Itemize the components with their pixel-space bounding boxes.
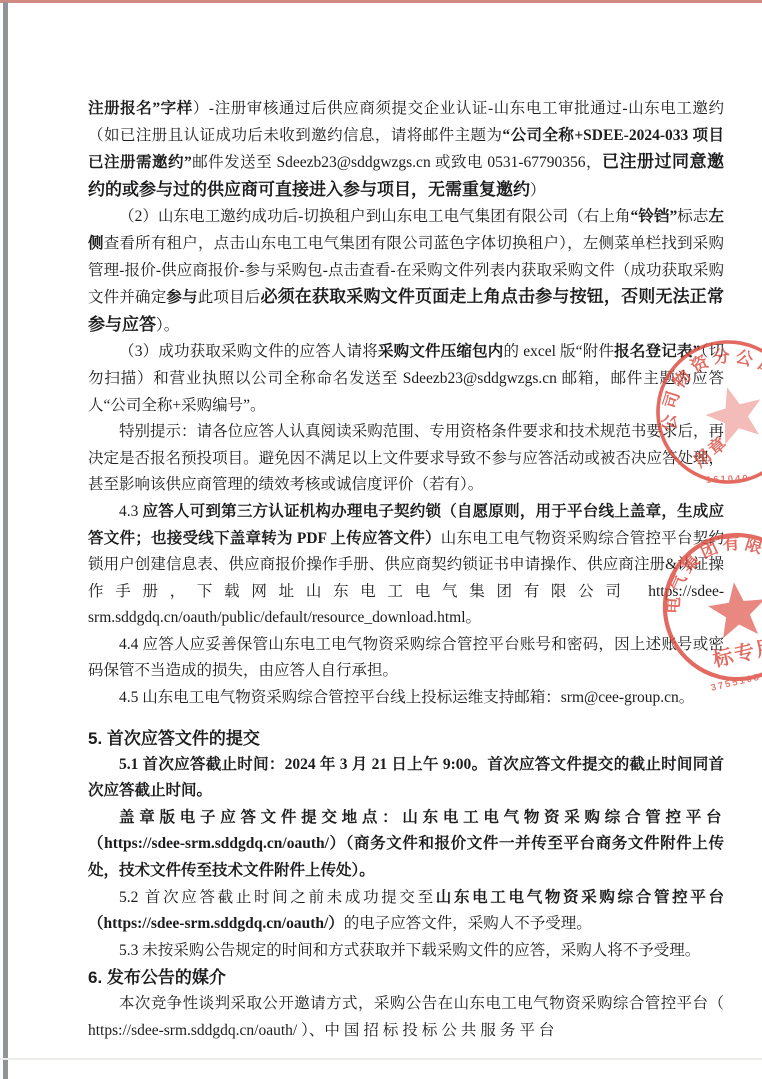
para-item-2-segment: 标志 [677,208,708,225]
seal-star-icon [706,579,762,640]
para-5-2-segment: 山东电工电气物资采购综合管控平台 [436,889,724,906]
para-5-3-segment: 5.3 未按采购公告规定的时间和方式获取并下载采购文件的应答，采购人将不予受理。 [119,942,700,959]
seal-serial-number: 161040 [706,473,750,486]
para-special-note: 特别提示：请各位应答人认真阅读采购范围、专用资格条件要求和技术规范书要求后，再决… [88,419,724,499]
para-item-2-segment: 此项目后 [198,289,261,306]
para-item-2-segment: （2）山东电工邀约成功后-切换租户到山东电工电气集团有限公司（右上角 [119,208,631,225]
para-item-2: （2）山东电工邀约成功后-切换租户到山东电工电气集团有限公司（右上角“铃铛”标志… [88,204,724,339]
para-registration-note-segment: 注册报名”字样 [88,100,193,117]
para-item-2-segment: 参与 [166,289,197,306]
para-item-2-segment: “铃铛” [631,208,678,225]
heading-section-6-segment: 6. 发布公告的媒介 [88,968,226,987]
para-4-4-segment: 4.4 应答人应妥善保管山东电工电气物资采购综合管控平台账号和密码，因上述账号或… [88,636,724,680]
seal-star-icon [700,379,762,447]
para-5-1: 5.1 首次应答截止时间：2024 年 3 月 21 日上午 9:00。首次应答… [88,752,724,805]
para-item-2-segment: ）。 [156,317,179,334]
para-5-2: 5.2 首次应答截止时间之前未成功提交至山东电工电气物资采购综合管控平台（htt… [88,885,724,938]
para-registration-note-segment: 邮件发送至 Sdeezb23@sddgwzgs.cn 或致电 0531-6779… [192,154,602,171]
para-4-5-segment: 4.5 山东电工电气物资采购综合管控平台线上投标运维支持邮箱：srm@cee-g… [119,689,694,706]
bid-dedicated-seal-stamp: 电气集团有限公 标专用 3755108 [634,504,762,710]
para-seal-submit-segment: 盖章版电子应答文件提交地点：山东电工电气物资采购综合管控平台 [119,809,724,826]
page-left-edge-strip [3,2,8,1079]
heading-section-6: 6. 发布公告的媒介 [88,964,724,991]
para-registration-note-segment: ） [530,182,546,199]
para-4-5: 4.5 山东电工电气物资采购综合管控平台线上投标运维支持邮箱：srm@cee-g… [88,685,724,712]
para-seal-submit: 盖章版电子应答文件提交地点：山东电工电气物资采购综合管控平台（https://s… [88,805,724,885]
para-item-3-segment: 的 excel 版“附件 [503,343,614,360]
para-5-1-segment: 5.1 首次应答截止时间：2024 年 3 月 21 日上午 9:00。 [119,756,487,773]
page-bottom-fold-line [0,1058,762,1060]
para-5-2-segment: （https://sdee-srm.sddgdq.cn/oauth/） [88,915,344,932]
para-item-3-segment: （3）成功获取采购文件的应答人请将 [119,343,378,360]
para-5-2-segment: 的电子应答文件，采购人不予受理。 [344,915,592,932]
para-4-3-segment: 4.3 [119,503,142,520]
para-media: 本次竞争性谈判采取公开邀请方式，采购公告在山东电工电气物资采购综合管控平台（ h… [88,991,724,1044]
para-5-2-segment: 5.2 首次应答截止时间之前未成功提交至 [119,889,436,906]
seal-label-text: 标专用 [709,633,762,671]
page-top-edge-line [0,0,762,3]
para-4-3: 4.3 应答人可到第三方认证机构办理电子契约锁（自愿原则，用于平台线上盖章，生成… [88,499,724,632]
heading-section-5-segment: 5. 首次应答文件的提交 [88,729,260,748]
para-4-4: 4.4 应答人应妥善保管山东电工电气物资采购综合管控平台账号和密码，因上述账号或… [88,632,724,685]
para-seal-submit-segment: （https://sdee-srm.sddgdq.cn/oauth/）（商务文件… [88,835,724,879]
document-body: 注册报名”字样）-注册审核通过后供应商须提交企业认证-山东电工审批通过-山东电工… [88,96,724,1045]
para-5-3: 5.3 未按采购公告规定的时间和方式获取并下载采购文件的应答，采购人将不予受理。 [88,938,724,965]
para-item-3-segment: 采购文件压缩包内 [378,343,504,360]
heading-section-5: 5. 首次应答文件的提交 [88,725,724,752]
para-registration-note: 注册报名”字样）-注册审核通过后供应商须提交企业认证-山东电工审批通过-山东电工… [88,96,724,204]
para-media-segment: 中国招标投标公共服务平台 [324,1022,558,1039]
para-special-note-segment: 特别提示：请各位应答人认真阅读采购范围、专用资格条件要求和技术规范书要求后，再决… [88,423,724,493]
